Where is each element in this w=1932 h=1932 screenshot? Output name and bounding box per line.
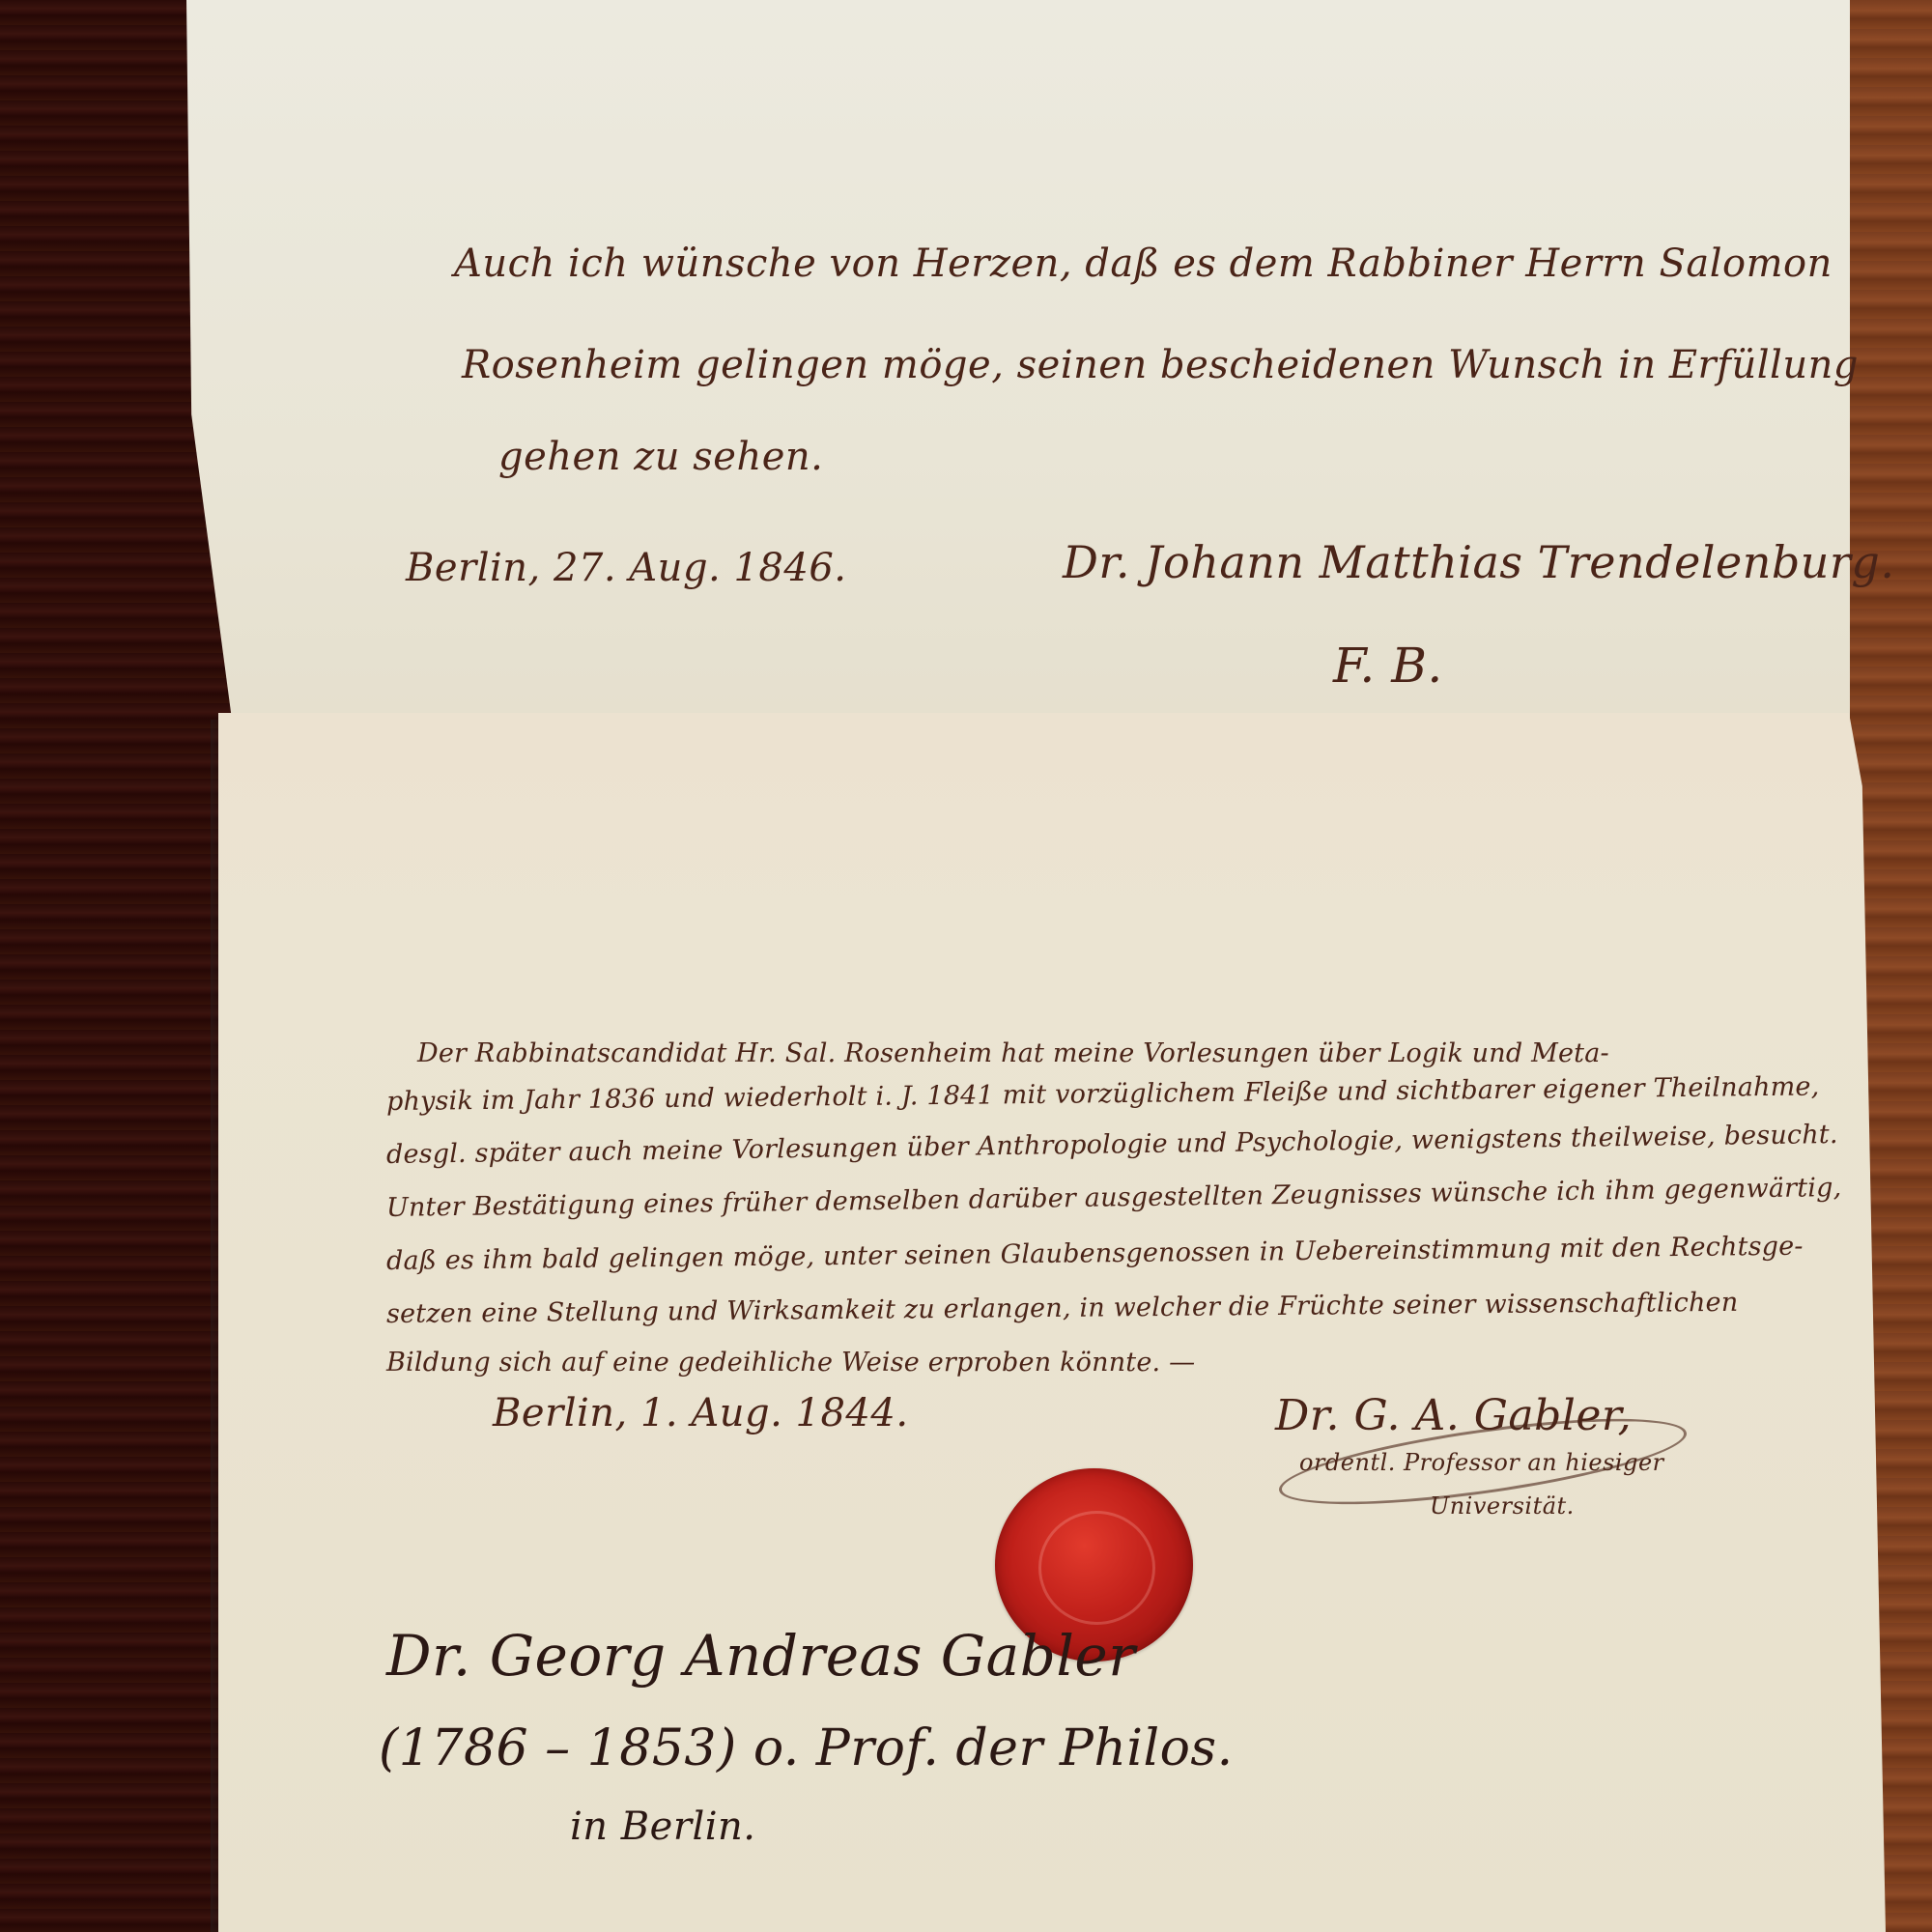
- annotation-line-1: Dr. Georg Andreas Gabler: [386, 1623, 1135, 1689]
- upper-letter-line-3: gehen zu sehen.: [498, 435, 823, 479]
- lower-letter-line-7: Bildung sich auf eine gedeihliche Weise …: [386, 1348, 1195, 1378]
- upper-letter-paraph: F. B.: [1333, 638, 1443, 694]
- lower-letter-signature-title-2: Universität.: [1430, 1492, 1575, 1520]
- annotation-line-2: (1786 – 1853) o. Prof. der Philos.: [379, 1719, 1234, 1777]
- upper-letter-line-1: Auch ich wünsche von Herzen, daß es dem …: [454, 241, 1833, 286]
- lower-letter-line-1: Der Rabbinatscandidat Hr. Sal. Rosenheim…: [417, 1038, 1609, 1068]
- upper-letter-line-2: Rosenheim gelingen möge, seinen bescheid…: [462, 343, 1859, 387]
- lower-letter-signature-title-1: ordentl. Professor an hiesiger: [1299, 1449, 1664, 1476]
- annotation-line-3: in Berlin.: [570, 1804, 756, 1849]
- lower-letter-place-date: Berlin, 1. Aug. 1844.: [493, 1391, 909, 1435]
- upper-letter-signature: Dr. Johann Matthias Trendelenburg.: [1063, 536, 1895, 588]
- upper-letter-place-date: Berlin, 27. Aug. 1846.: [406, 546, 847, 590]
